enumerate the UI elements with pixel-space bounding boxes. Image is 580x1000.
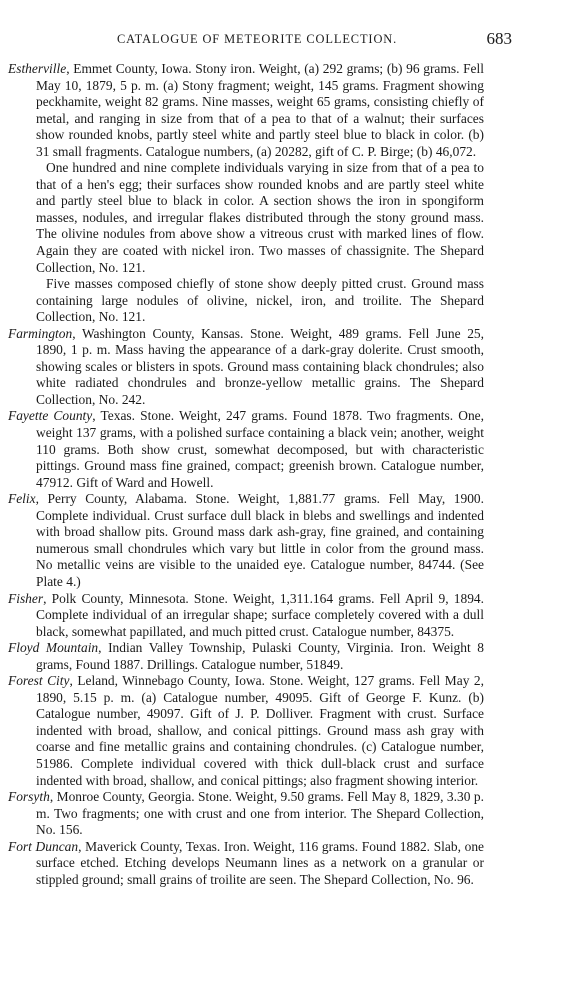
running-head: CATALOGUE OF METEORITE COLLECTION. 683: [0, 32, 580, 52]
entry-name: Farmington: [8, 326, 72, 341]
entry-text: , Monroe County, Georgia. Stone. Weight,…: [36, 789, 484, 837]
entry-text: , Texas. Stone. Weight, 247 grams. Found…: [36, 408, 484, 489]
page-number: 683: [487, 29, 513, 49]
entry-text: , Maverick County, Texas. Iron. Weight, …: [36, 839, 484, 887]
entry-text: , Indian Valley Township, Pulaski County…: [36, 640, 484, 672]
entry-estherville: Estherville, Emmet County, Iowa. Stony i…: [8, 61, 484, 160]
entry-name: Floyd Mountain: [8, 640, 98, 655]
entry-paragraph: One hundred and nine complete individual…: [8, 160, 484, 276]
document-page: CATALOGUE OF METEORITE COLLECTION. 683 E…: [0, 0, 580, 1000]
entry-name: Estherville: [8, 61, 66, 76]
entry-forest-city: Forest City, Leland, Winnebago County, I…: [8, 673, 484, 789]
entry-name: Fayette County: [8, 408, 92, 423]
entry-fayette-county: Fayette County, Texas. Stone. Weight, 24…: [8, 408, 484, 491]
entry-floyd-mountain: Floyd Mountain, Indian Valley Township, …: [8, 640, 484, 673]
entry-forsyth: Forsyth, Monroe County, Georgia. Stone. …: [8, 789, 484, 839]
entry-paragraph: Five masses composed chiefly of stone sh…: [8, 276, 484, 326]
entry-farmington: Farmington, Washington County, Kansas. S…: [8, 326, 484, 409]
entry-text: , Washington County, Kansas. Stone. Weig…: [36, 326, 484, 407]
entry-felix: Felix, Perry County, Alabama. Stone. Wei…: [8, 491, 484, 590]
entry-text: , Perry County, Alabama. Stone. Weight, …: [36, 491, 484, 589]
page-title: CATALOGUE OF METEORITE COLLECTION.: [117, 32, 397, 47]
entry-name: Forsyth: [8, 789, 50, 804]
entry-name: Fisher: [8, 591, 43, 606]
entry-name: Fort Duncan: [8, 839, 78, 854]
catalogue-body: Estherville, Emmet County, Iowa. Stony i…: [8, 61, 484, 888]
entry-text: , Leland, Winnebago County, Iowa. Stone.…: [36, 673, 484, 787]
entry-fort-duncan: Fort Duncan, Maverick County, Texas. Iro…: [8, 839, 484, 889]
entry-text: , Polk County, Minnesota. Stone. Weight,…: [36, 591, 484, 639]
entry-name: Forest City: [8, 673, 69, 688]
entry-fisher: Fisher, Polk County, Minnesota. Stone. W…: [8, 591, 484, 641]
entry-text: , Emmet County, Iowa. Stony iron. Weight…: [36, 61, 484, 159]
entry-name: Felix: [8, 491, 36, 506]
